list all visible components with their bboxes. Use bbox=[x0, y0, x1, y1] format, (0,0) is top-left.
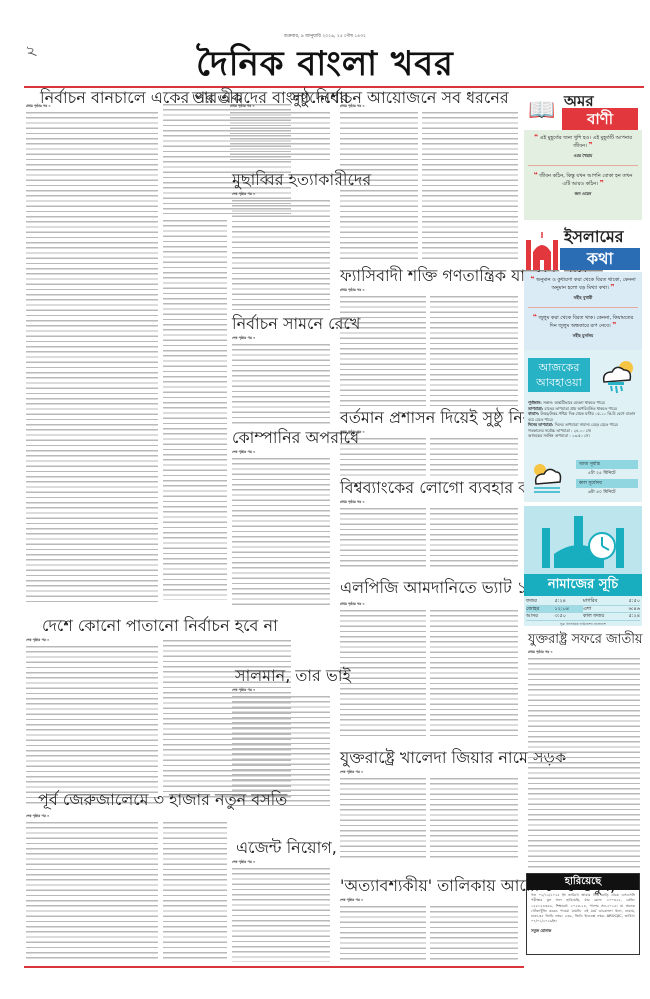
quote-author: জন ওয়েন bbox=[530, 190, 636, 197]
article-body-a16 bbox=[340, 906, 426, 962]
bottom-rule bbox=[24, 966, 524, 968]
prayer-name: জোহর bbox=[526, 606, 555, 613]
article-body-a5-cont bbox=[430, 296, 518, 406]
jump-a9[interactable]: প্রথম পৃষ্ঠার পর » bbox=[340, 500, 365, 506]
headline-a17[interactable]: যুক্তরাষ্ট্র সফরে জাতীয় bbox=[528, 630, 643, 650]
prayer-title: নামাজের সূচি bbox=[524, 574, 642, 596]
weather-value: সকাল: অস্থায়ীভাবে মেঘলা থাকতে পারে। bbox=[543, 400, 605, 405]
article-body-a1-col3 bbox=[163, 220, 227, 600]
article-body-a14 bbox=[26, 822, 158, 962]
divider bbox=[528, 165, 638, 166]
article-body-a13-cont bbox=[430, 778, 518, 858]
article-body-a8 bbox=[232, 458, 330, 608]
quote-2: ❝ জীবন কঠিন, কিন্তু যখন আপনি বোকা হন তখন… bbox=[524, 168, 642, 201]
mosque-clock-icon bbox=[524, 506, 642, 574]
article-body-a17 bbox=[528, 658, 640, 868]
prayer-row: ফজর ৫:২৪ মাগরিব ৫:৫০ bbox=[526, 598, 640, 606]
article-body-a7-cont bbox=[430, 438, 518, 476]
article-body-a6 bbox=[232, 344, 330, 424]
headline-a11[interactable]: দেশে কোনো পাতানো নির্বাচন হবে না bbox=[42, 616, 278, 636]
article-body-a15 bbox=[232, 868, 330, 962]
quote-3: ❝ অনুমান ও কুধারণা করা থেকে বিরত থাকো, ক… bbox=[524, 272, 642, 305]
quote-author: সহীহ মুসলিম bbox=[530, 332, 636, 339]
weather-title-line1: আজকের bbox=[528, 360, 590, 375]
quote-4: ❝ জুলুম করা থেকে বিরত থাক। কেননা, কিয়াম… bbox=[524, 310, 642, 343]
mosque-icon bbox=[524, 230, 560, 270]
prayer-name: কাল ফজর bbox=[583, 613, 612, 620]
sun-cloud-icon bbox=[530, 460, 564, 496]
jump-a5[interactable]: প্রথম পৃষ্ঠার পর » bbox=[340, 288, 365, 294]
article-body-a2 bbox=[230, 112, 330, 162]
quote-text: জীবন কঠিন, কিন্তু যখন আপনি বোকা হন তখন এ… bbox=[539, 173, 632, 187]
prayer-row: আসর ৩:৫০ কাল ফজর ৫:২৪ bbox=[526, 613, 640, 621]
weather-text: পূর্বাভাস: সকাল: অস্থায়ীভাবে মেঘলা থাকত… bbox=[528, 400, 640, 439]
prayer-time: ৫:৫০ bbox=[612, 598, 641, 605]
prayer-name: এশা bbox=[583, 606, 612, 613]
prayer-times-table: ফজর ৫:২৪ মাগরিব ৫:৫০ জোহর ১২:০৪ এশা ৬:৪৬… bbox=[526, 598, 640, 628]
sunset-label: আজ সূর্যাস্ত bbox=[576, 460, 638, 469]
quote-close-icon: ❞ bbox=[612, 321, 616, 329]
jump-a16[interactable]: শেষ পৃষ্ঠার পর » bbox=[340, 898, 363, 904]
jump-a1[interactable]: প্রথম পৃষ্ঠার পর » bbox=[26, 104, 51, 110]
weather-value: রাতের তাপমাত্রা প্রায় অপরিবর্তিত থাকতে … bbox=[544, 406, 617, 411]
headline-a15[interactable]: এজেন্ট নিয়োগ, bbox=[236, 838, 337, 858]
sunset-value: ৫টা ২৫ মিনিটে bbox=[576, 469, 638, 479]
prayer-panel: নামাজের সূচি ফজর ৫:২৪ মাগরিব ৫:৫০ জোহর ১… bbox=[524, 506, 642, 626]
lost-notice: হারিয়েছে গত ০২/১২/২০২৫ ইং তারিখে আমার ন… bbox=[526, 873, 640, 955]
headline-a6[interactable]: নির্বাচন সামনে রেখে bbox=[232, 314, 360, 334]
quote-text: অনুমান ও কুধারণা করা থেকে বিরত থাকো, কেন… bbox=[536, 277, 636, 291]
prayer-name: আসর bbox=[526, 613, 555, 620]
divider bbox=[528, 307, 638, 308]
article-body-a1 bbox=[26, 112, 158, 602]
prayer-time: ৫:২৪ bbox=[555, 598, 584, 605]
weather-title: আজকের আবহাওয়া bbox=[528, 358, 590, 392]
weather-value: উত্তর/উত্তর-পশ্চিম দিক থেকে ঘণ্টায় ০৫-১… bbox=[528, 411, 635, 422]
article-body-a16-cont bbox=[430, 906, 518, 962]
islamer-kotha-quotes: ❝ অনুমান ও কুধারণা করা থেকে বিরত থাকো, ক… bbox=[524, 272, 642, 354]
amar-bani-logo-bottom: বাণী bbox=[562, 108, 638, 130]
headline-a3[interactable]: সুষ্ঠু নির্বাচন আয়োজনে সব ধরনের bbox=[290, 88, 509, 108]
headline-a8[interactable]: কোম্পানির অপরাধে bbox=[232, 428, 359, 448]
jump-a13[interactable]: শেষ পৃষ্ঠার পর » bbox=[340, 770, 363, 776]
weather-label: দিনের তাপমাত্রা: bbox=[528, 422, 553, 427]
quote-close-icon: ❞ bbox=[610, 283, 614, 291]
quote-open-icon: ❝ bbox=[534, 133, 538, 141]
prayer-name: মাগরিব bbox=[583, 598, 612, 605]
lost-notice-body: গত ০২/১২/২০২৫ ইং তারিখে আমার নিজ বাড়ি থ… bbox=[527, 890, 639, 928]
weather-label: বাতাস: bbox=[528, 411, 539, 416]
quote-open-icon: ❝ bbox=[530, 275, 534, 283]
amar-bani-quotes: ❝ এই মুহূর্তের জন্য খুশি হও। এই মুহূর্তট… bbox=[524, 130, 642, 220]
masthead: দৈনিক বাংলা খবর bbox=[0, 44, 650, 84]
quote-open-icon: ❝ bbox=[533, 313, 537, 321]
quote-open-icon: ❝ bbox=[534, 171, 538, 179]
prayer-time: ৫:২৪ bbox=[612, 613, 641, 620]
prayer-source: সূত্র: ইসলামিক ফাউন্ডেশন বাংলাদেশ bbox=[526, 622, 640, 628]
jump-a3[interactable]: প্রথম পৃষ্ঠার পর » bbox=[340, 104, 365, 110]
min-temp: আজকের সর্বনিম্ন তাপমাত্রা : ১৩.৫০ সে। bbox=[528, 433, 640, 439]
article-body-a10 bbox=[340, 610, 426, 740]
islamer-kotha-logo: ইসলামের কথা bbox=[524, 222, 642, 272]
islamer-kotha-logo-bottom: কথা bbox=[560, 248, 640, 270]
article-body-a13 bbox=[340, 778, 426, 858]
jump-a6[interactable]: শেষ পৃষ্ঠার পর » bbox=[232, 336, 255, 342]
jump-a10[interactable]: প্রথম পৃষ্ঠার পর » bbox=[340, 602, 365, 608]
prayer-time: ৬:৪৬ bbox=[612, 606, 641, 613]
article-body-a10-cont bbox=[430, 610, 518, 740]
quote-1: ❝ এই মুহূর্তের জন্য খুশি হও। এই মুহূর্তট… bbox=[524, 130, 642, 163]
quote-close-icon: ❞ bbox=[588, 141, 592, 149]
jump-a17[interactable]: প্রথম পৃষ্ঠার পর » bbox=[528, 650, 553, 656]
jump-a8[interactable]: শেষ পৃষ্ঠার পর » bbox=[232, 450, 255, 456]
prayer-time: ৩:৫০ bbox=[555, 613, 584, 620]
headline-a14[interactable]: পূর্ব জেরুজালেমে ৩ হাজার নতুন বসতি bbox=[38, 790, 287, 810]
open-book-icon: 📖 bbox=[528, 98, 555, 123]
sunrise-label: কাল সূর্যোদয় bbox=[576, 479, 638, 488]
jump-a12[interactable]: শেষ পৃষ্ঠার পর » bbox=[232, 688, 255, 694]
article-body-a4 bbox=[232, 200, 330, 310]
jump-a14[interactable]: শেষ পৃষ্ঠার পর » bbox=[26, 814, 49, 820]
quote-text: জুলুম করা থেকে বিরত থাক। কেননা, কিয়ামতে… bbox=[538, 315, 633, 329]
weather-panel: আজকের আবহাওয়া পূর্বাভাস: সকাল: অস্থায়ী… bbox=[524, 350, 642, 502]
headline-a4[interactable]: মুছাব্বির হত্যাকারীদের bbox=[232, 170, 371, 190]
prayer-row: জোহর ১২:০৪ এশা ৬:৪৬ bbox=[526, 606, 640, 614]
headline-a12[interactable]: সালমান, তার ভাই bbox=[235, 666, 351, 686]
article-body-a14-cont bbox=[163, 822, 227, 962]
weather-label: তাপমাত্রা: bbox=[528, 406, 543, 411]
lost-notice-signature: সবুজ রোনাক bbox=[527, 928, 639, 935]
weather-value: দিনের তাপমাত্রা সামান্য বেড়ে যেতে পারে। bbox=[555, 422, 618, 427]
article-body-a9-cont bbox=[430, 508, 518, 570]
lost-notice-title: হারিয়েছে bbox=[527, 874, 639, 890]
article-body-a11 bbox=[26, 646, 158, 806]
dateline: শুক্রবার, ৯ জানুয়ারি ২০২৬, ২৫ পৌষ ১৪৩২ bbox=[0, 33, 650, 40]
jump-a4[interactable]: শেষ পৃষ্ঠার পর » bbox=[232, 192, 255, 198]
jump-a15[interactable]: শেষ পৃষ্ঠার পর » bbox=[232, 860, 255, 866]
amar-bani-logo: 📖 অমর বাণী bbox=[524, 88, 642, 130]
weather-label: পূর্বাভাস: bbox=[528, 400, 542, 405]
prayer-time: ১২:০৪ bbox=[555, 606, 584, 613]
article-body-a9 bbox=[340, 508, 426, 570]
sunrise-value: ৬টা ৪০ মিনিটে bbox=[576, 488, 638, 498]
quote-author: ওমর খৈয়াম bbox=[530, 152, 636, 159]
article-body-a3-cont bbox=[422, 112, 518, 262]
jump-a2[interactable]: প্রথম পৃষ্ঠার পর » bbox=[230, 104, 255, 110]
quote-text: এই মুহূর্তের জন্য খুশি হও। এই মুহূর্তটি … bbox=[540, 135, 632, 149]
islamer-kotha-logo-top: ইসলামের bbox=[564, 224, 624, 251]
prayer-name: ফজর bbox=[526, 598, 555, 605]
quote-close-icon: ❞ bbox=[600, 179, 604, 187]
article-body-a5 bbox=[340, 296, 426, 406]
quote-author: সহীহ বুখারী bbox=[530, 294, 636, 301]
rain-cloud-sun-icon bbox=[596, 356, 638, 396]
jump-a11[interactable]: শেষ পৃষ্ঠার পর » bbox=[26, 638, 49, 644]
sun-times: আজ সূর্যাস্ত ৫টা ২৫ মিনিটে কাল সূর্যোদয়… bbox=[576, 460, 638, 498]
weather-title-line2: আবহাওয়া bbox=[528, 375, 590, 390]
